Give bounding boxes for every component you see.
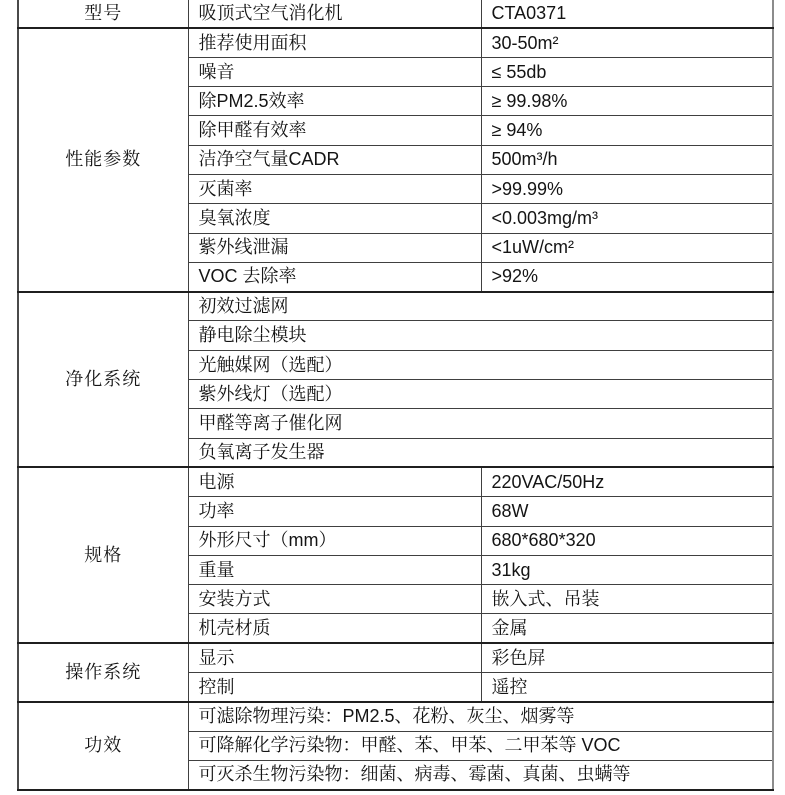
value-cell: >99.99%: [481, 174, 773, 203]
param-cell: 除PM2.5效率: [188, 87, 481, 116]
value-cell: 500m³/h: [481, 145, 773, 174]
value-cell: 31kg: [481, 555, 773, 584]
feature-cell: 甲醛等离子催化网: [188, 409, 773, 438]
param-cell: 机壳材质: [188, 614, 481, 643]
value-cell: ≥ 99.98%: [481, 87, 773, 116]
value-cell: 嵌入式、吊装: [481, 585, 773, 614]
value-cell: 遥控: [481, 673, 773, 702]
param-cell: 噪音: [188, 57, 481, 86]
value-cell: 68W: [481, 497, 773, 526]
table-row: 性能参数 推荐使用面积 30-50m²: [18, 28, 773, 57]
table-row: 规格 电源 220VAC/50Hz: [18, 467, 773, 496]
feature-cell: 初效过滤网: [188, 292, 773, 321]
value-cell: >92%: [481, 262, 773, 291]
table-row: 功效 可滤除物理污染：PM2.5、花粉、灰尘、烟雾等: [18, 702, 773, 731]
feature-cell: 光触媒网（选配）: [188, 350, 773, 379]
param-cell: 除甲醛有效率: [188, 116, 481, 145]
param-cell: VOC 去除率: [188, 262, 481, 291]
param-cell: 重量: [188, 555, 481, 584]
feature-cell: 可灭杀生物污染物：细菌、病毒、霉菌、真菌、虫螨等: [188, 760, 773, 789]
table-row: 净化系统 初效过滤网: [18, 292, 773, 321]
param-cell: 吸顶式空气消化机: [188, 0, 481, 28]
value-cell: 220VAC/50Hz: [481, 467, 773, 496]
value-cell: 680*680*320: [481, 526, 773, 555]
param-cell: 紫外线泄漏: [188, 233, 481, 262]
feature-cell: 可滤除物理污染：PM2.5、花粉、灰尘、烟雾等: [188, 702, 773, 731]
value-cell: 30-50m²: [481, 28, 773, 57]
table-row: 型号 吸顶式空气消化机 CTA0371: [18, 0, 773, 28]
feature-cell: 紫外线灯（选配）: [188, 380, 773, 409]
param-cell: 外形尺寸（mm）: [188, 526, 481, 555]
param-cell: 臭氧浓度: [188, 204, 481, 233]
param-cell: 推荐使用面积: [188, 28, 481, 57]
feature-cell: 可降解化学污染物：甲醛、苯、甲苯、二甲苯等 VOC: [188, 731, 773, 760]
category-cell-performance: 性能参数: [18, 28, 188, 292]
value-cell: 金属: [481, 614, 773, 643]
feature-cell: 负氧离子发生器: [188, 438, 773, 467]
value-cell: ≤ 55db: [481, 57, 773, 86]
value-cell: ≥ 94%: [481, 116, 773, 145]
value-cell: <0.003mg/m³: [481, 204, 773, 233]
param-cell: 洁净空气量CADR: [188, 145, 481, 174]
param-cell: 灭菌率: [188, 174, 481, 203]
param-cell: 功率: [188, 497, 481, 526]
category-cell-purification: 净化系统: [18, 292, 188, 468]
value-cell: <1uW/cm²: [481, 233, 773, 262]
param-cell: 电源: [188, 467, 481, 496]
feature-cell: 静电除尘模块: [188, 321, 773, 350]
value-cell: 彩色屏: [481, 643, 773, 672]
param-cell: 控制: [188, 673, 481, 702]
category-cell-operation: 操作系统: [18, 643, 188, 702]
category-cell-specs: 规格: [18, 467, 188, 643]
category-cell-function: 功效: [18, 702, 188, 790]
value-cell: CTA0371: [481, 0, 773, 28]
table-row: 操作系统 显示 彩色屏: [18, 643, 773, 672]
param-cell: 安装方式: [188, 585, 481, 614]
category-cell-model: 型号: [18, 0, 188, 28]
param-cell: 显示: [188, 643, 481, 672]
spec-table: 型号 吸顶式空气消化机 CTA0371 性能参数 推荐使用面积 30-50m² …: [17, 0, 774, 791]
